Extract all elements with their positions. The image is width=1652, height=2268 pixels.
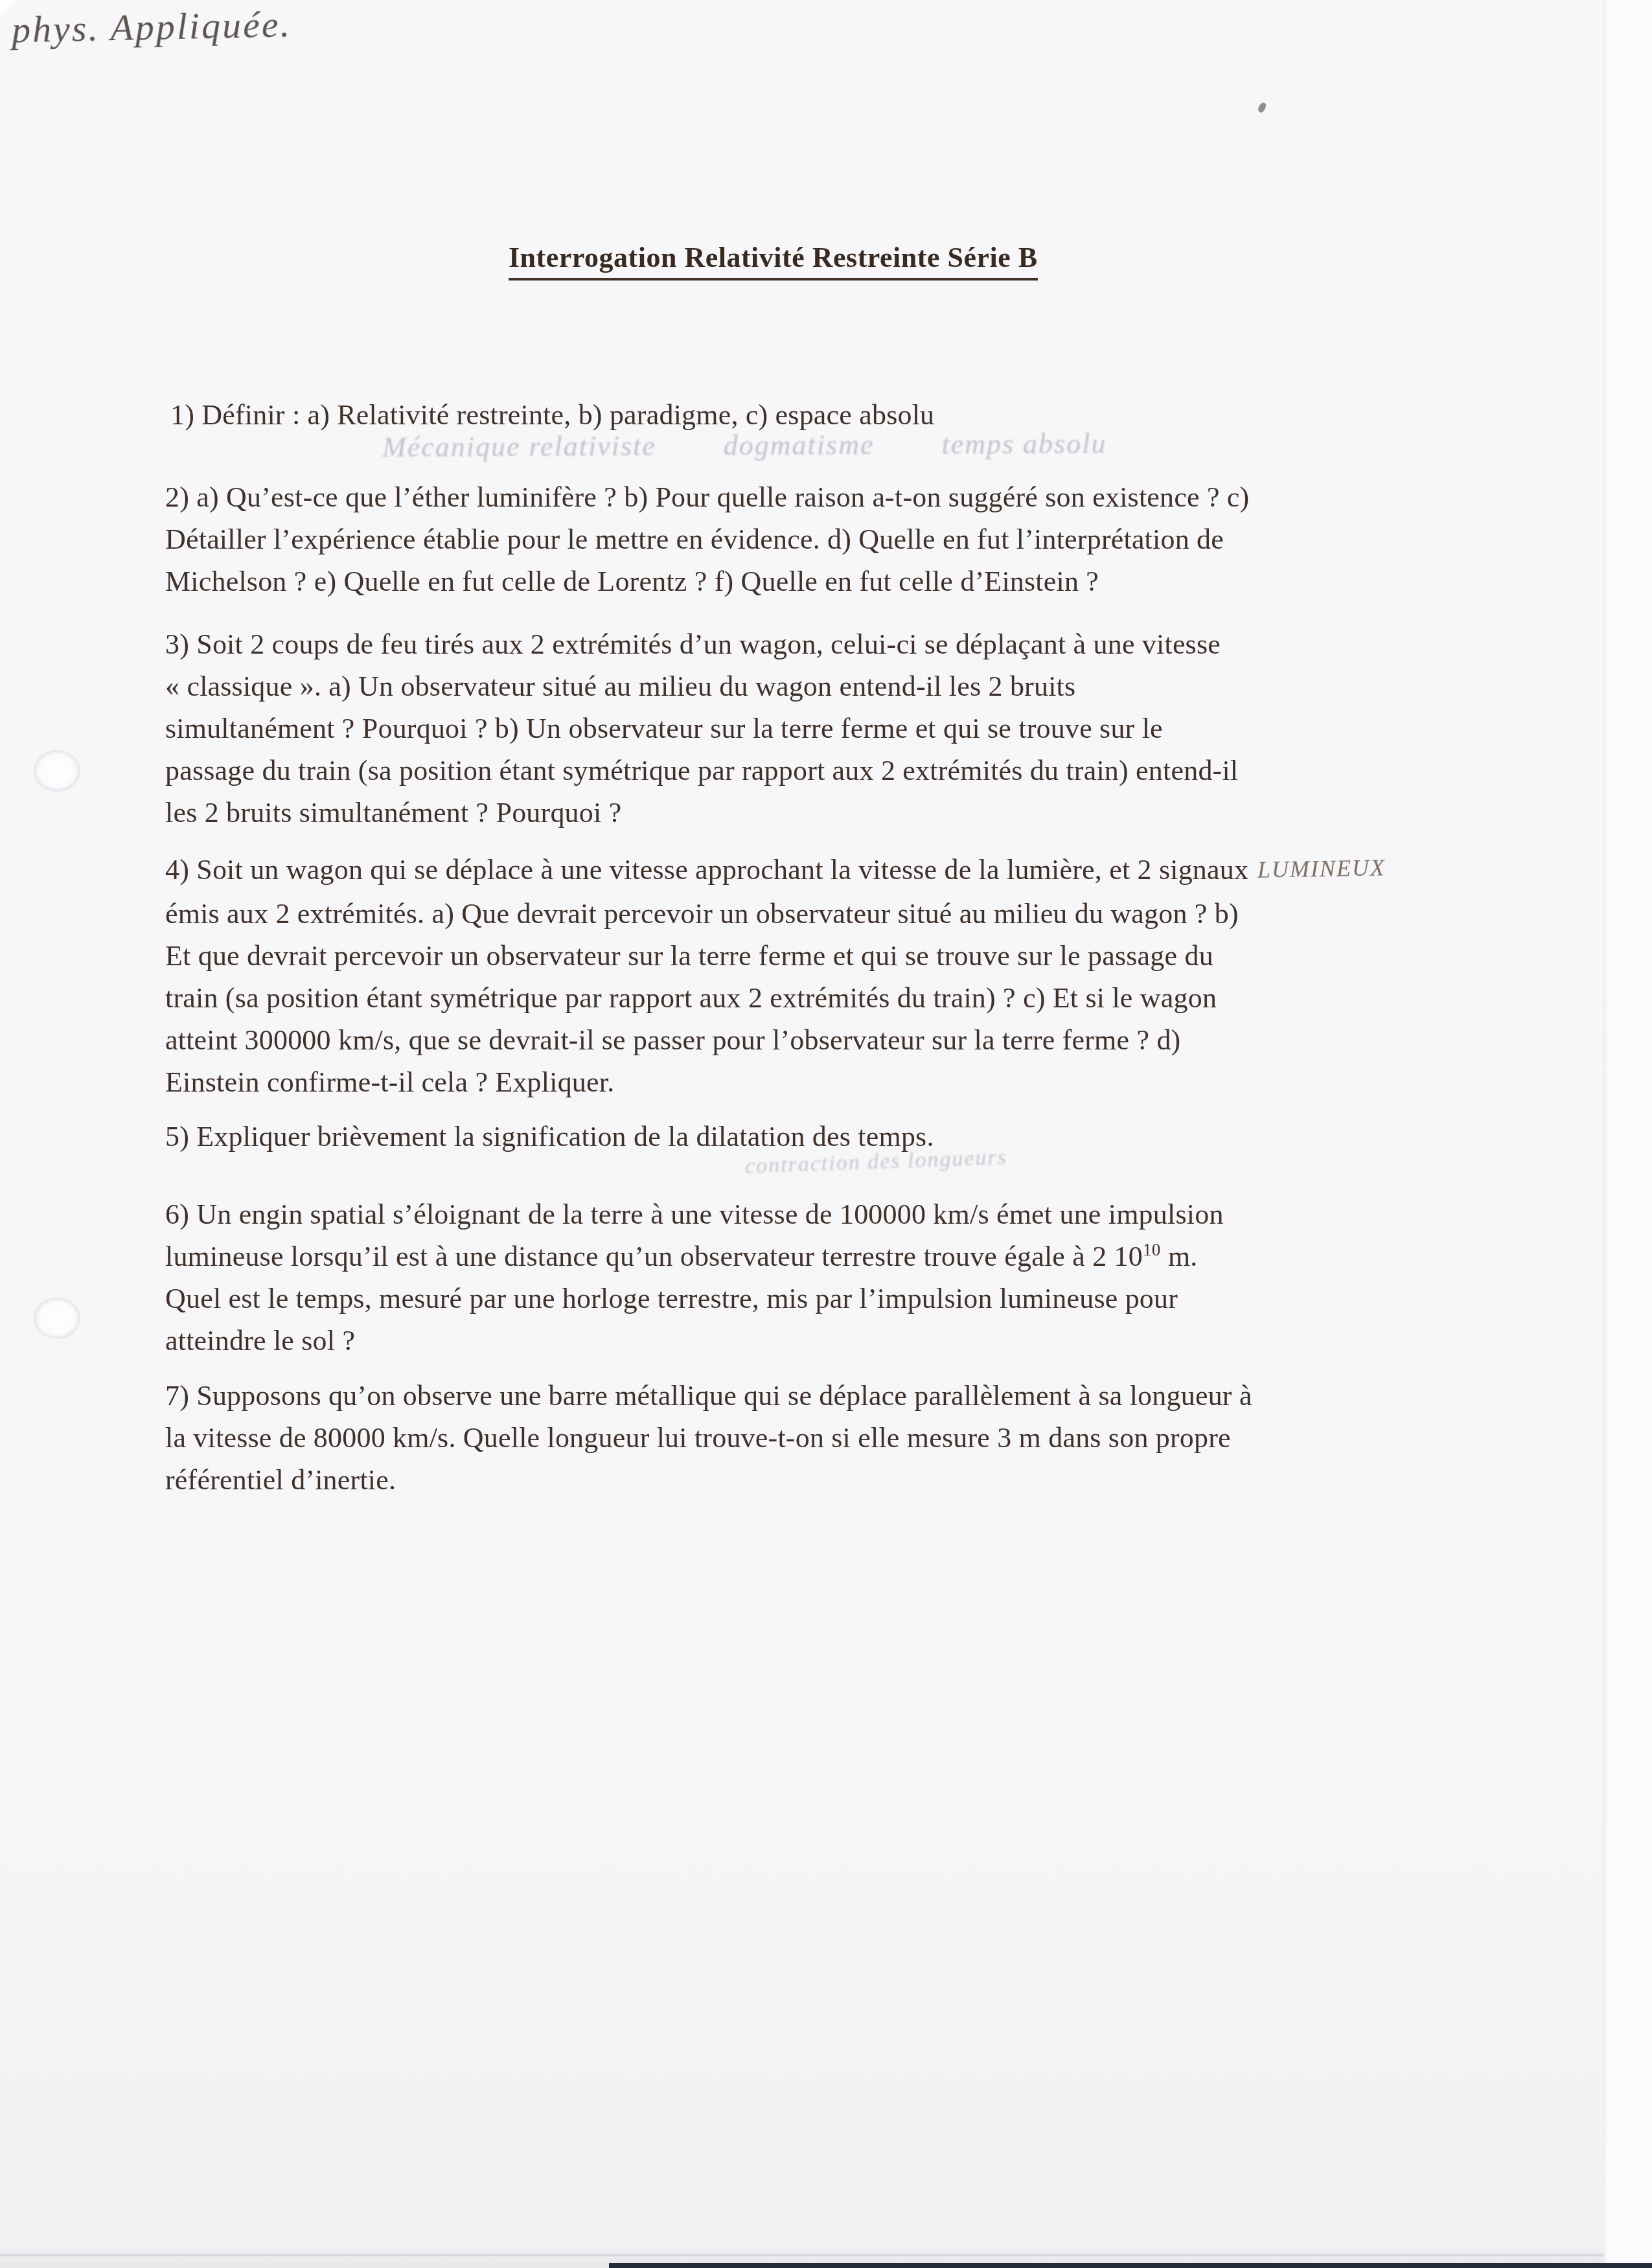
question-4-line-text: 4) Soit un wagon qui se déplace à une vi…: [165, 854, 1248, 886]
scanner-background-right: [1603, 0, 1652, 2268]
question-2-line: Détailler l’expérience établie pour le m…: [165, 518, 1461, 560]
question-3-line: 3) Soit 2 coups de feu tirés aux 2 extré…: [165, 623, 1461, 665]
question-3-line: « classique ». a) Un observateur situé a…: [165, 665, 1461, 707]
scanner-edge-bar: [609, 2263, 1652, 2268]
question-6: 6) Un engin spatial s’éloignant de la te…: [165, 1193, 1461, 1362]
question-5: 5) Expliquer brièvement la signification…: [165, 1116, 1461, 1158]
question-6-line: lumineuse lorsqu’il est à une distance q…: [165, 1235, 1461, 1277]
question-4: 4) Soit un wagon qui se déplace à une vi…: [165, 849, 1461, 1103]
question-3-line: simultanément ? Pourquoi ? b) Un observa…: [165, 707, 1461, 750]
question-4-line: 4) Soit un wagon qui se déplace à une vi…: [165, 849, 1461, 893]
hole-punch-bottom: [34, 1298, 80, 1339]
question-2-line: 2) a) Qu’est-ce que l’éther luminifère ?…: [165, 476, 1461, 518]
question-7-line: la vitesse de 80000 km/s. Quelle longueu…: [165, 1417, 1461, 1459]
question-4-line: train (sa position étant symétrique par …: [165, 977, 1461, 1019]
top-left-handwritten-annotation: phys. Appliquée.: [11, 1, 465, 51]
page-title-series: Série B: [947, 242, 1037, 273]
question-2: 2) a) Qu’est-ce que l’éther luminifère ?…: [165, 476, 1461, 602]
question-6-line: Quel est le temps, mesuré par une horlog…: [165, 1277, 1461, 1320]
question-7: 7) Supposons qu’on observe une barre mét…: [165, 1375, 1461, 1501]
scanned-exam-page: phys. Appliquée. Interrogation Relativit…: [0, 0, 1603, 2268]
question-4-line: Et que devrait percevoir un observateur …: [165, 935, 1461, 977]
question-5-line: 5) Expliquer brièvement la signification…: [165, 1116, 1461, 1158]
page-title: Interrogation Relativité Restreinte Séri…: [509, 241, 1038, 281]
page-title-main: Interrogation Relativité Restreinte: [509, 242, 947, 273]
pen-speck-mark: [1257, 102, 1267, 114]
exponent-10: 10: [1143, 1240, 1161, 1259]
hole-punch-top: [34, 750, 80, 792]
question-3: 3) Soit 2 coups de feu tirés aux 2 extré…: [165, 623, 1461, 834]
question-2-line: Michelson ? e) Quelle en fut celle de Lo…: [165, 560, 1461, 602]
question-4-line: émis aux 2 extrémités. a) Que devrait pe…: [165, 893, 1461, 935]
question-3-line: les 2 bruits simultanément ? Pourquoi ?: [165, 792, 1461, 834]
handwritten-word-lumineux: LUMINEUX: [1257, 847, 1386, 891]
question-7-line: référentiel d’inertie.: [165, 1459, 1461, 1501]
paper-bottom-shadow: [0, 2252, 1603, 2256]
pencil-note-under-q1: Mécanique relativiste dogmatisme temps a…: [382, 427, 1107, 464]
question-6-line-text: m.: [1161, 1241, 1198, 1272]
question-6-line: 6) Un engin spatial s’éloignant de la te…: [165, 1193, 1461, 1235]
question-6-line: atteindre le sol ?: [165, 1320, 1461, 1362]
question-4-line: atteint 300000 km/s, que se devrait-il s…: [165, 1019, 1461, 1061]
question-7-line: 7) Supposons qu’on observe une barre mét…: [165, 1375, 1461, 1417]
question-6-line-text: lumineuse lorsqu’il est à une distance q…: [165, 1241, 1143, 1272]
question-3-line: passage du train (sa position étant symé…: [165, 750, 1461, 792]
question-4-line: Einstein confirme-t-il cela ? Expliquer.: [165, 1061, 1461, 1103]
